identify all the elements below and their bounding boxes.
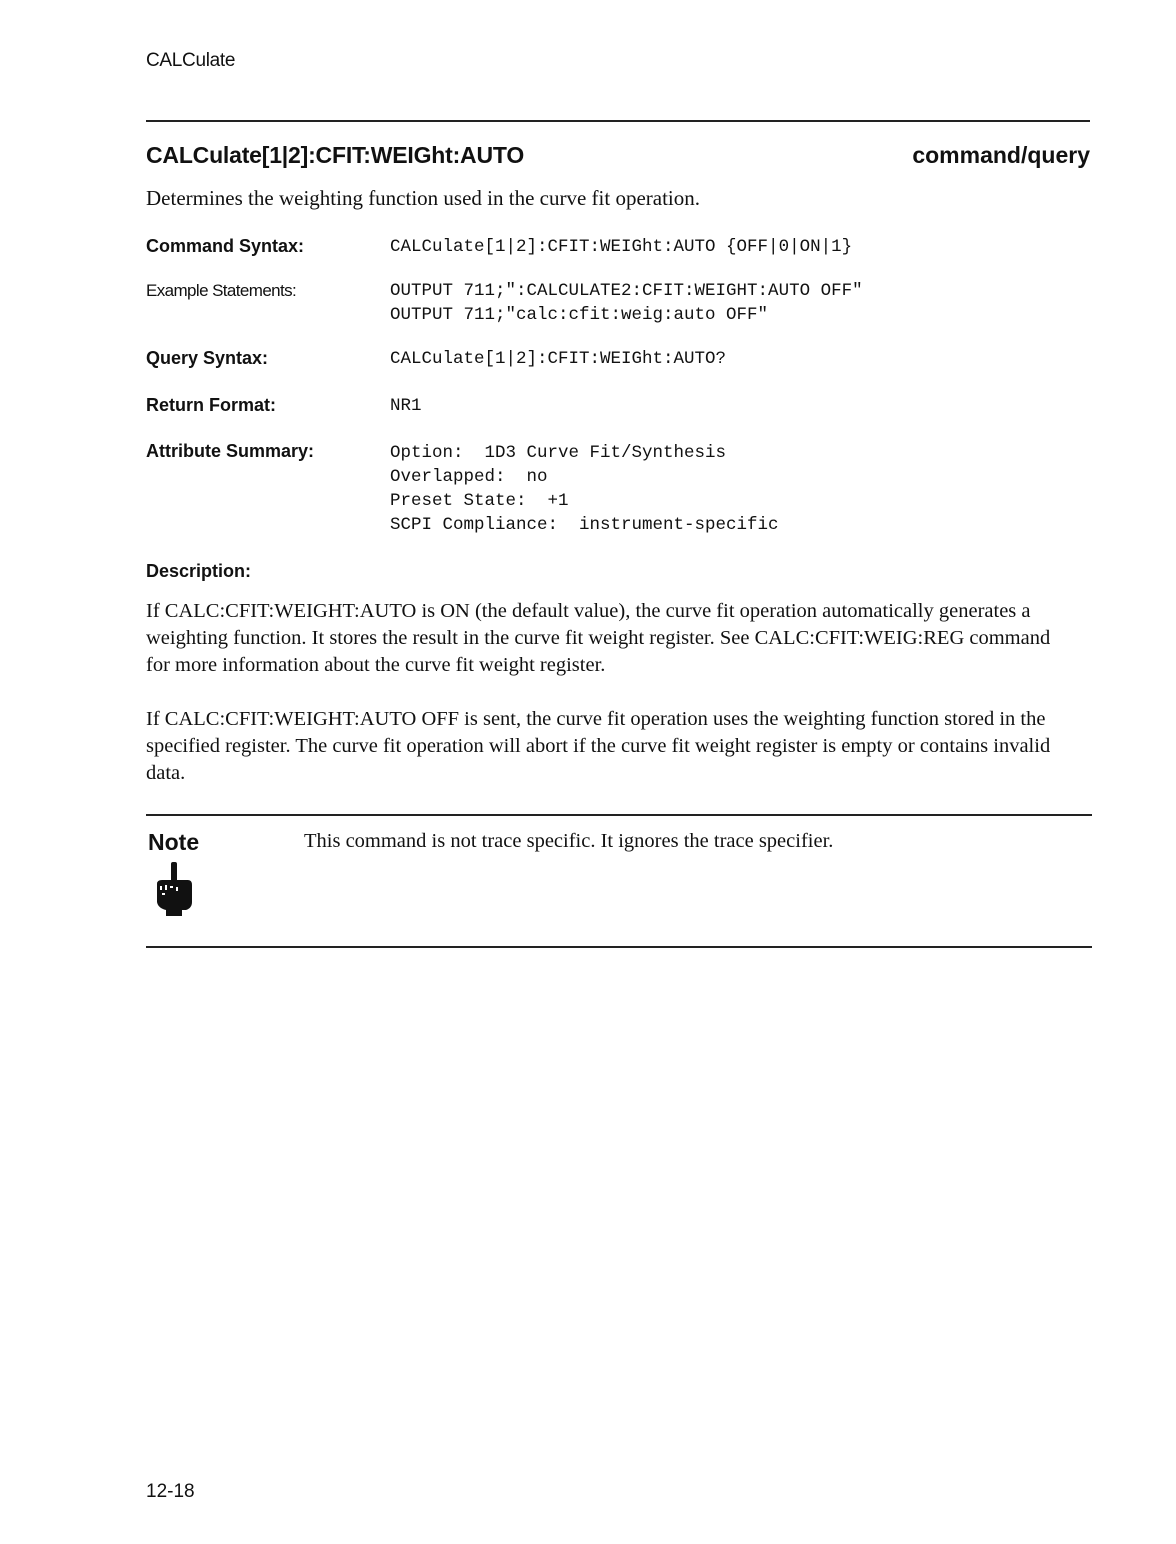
pointing-hand-icon <box>154 862 194 918</box>
query-syntax-value: CALCulate[1|2]:CFIT:WEIGht:AUTO? <box>390 347 726 371</box>
return-format-value: NR1 <box>390 394 422 418</box>
note-top-divider <box>146 814 1092 816</box>
description-paragraph-1: If CALC:CFIT:WEIGHT:AUTO is ON (the defa… <box>146 598 1076 679</box>
query-syntax-label: Query Syntax: <box>146 348 268 369</box>
command-syntax-label: Command Syntax: <box>146 236 304 257</box>
attribute-preset-state: Preset State: +1 <box>390 489 569 513</box>
command-title: CALCulate[1|2]:CFIT:WEIGht:AUTO <box>146 142 524 169</box>
attribute-summary-label: Attribute Summary: <box>146 441 314 462</box>
attribute-scpi-compliance: SCPI Compliance: instrument-specific <box>390 513 779 537</box>
example-statement-2: OUTPUT 711;"calc:cfit:weig:auto OFF" <box>390 303 768 327</box>
running-head: CALCulate <box>146 50 235 72</box>
example-statements-label: Example Statements: <box>146 281 296 301</box>
description-label: Description: <box>146 561 251 582</box>
page-number: 12-18 <box>146 1481 195 1503</box>
attribute-overlapped: Overlapped: no <box>390 465 548 489</box>
description-paragraph-2: If CALC:CFIT:WEIGHT:AUTO OFF is sent, th… <box>146 706 1076 787</box>
note-label: Note <box>148 829 199 856</box>
return-format-label: Return Format: <box>146 395 276 416</box>
attribute-option: Option: 1D3 Curve Fit/Synthesis <box>390 441 726 465</box>
note-bottom-divider <box>146 946 1092 948</box>
example-statement-1: OUTPUT 711;":CALCULATE2:CFIT:WEIGHT:AUTO… <box>390 279 863 303</box>
command-summary: Determines the weighting function used i… <box>146 186 700 211</box>
note-text: This command is not trace specific. It i… <box>304 830 833 853</box>
command-type: command/query <box>912 142 1090 169</box>
top-divider <box>146 120 1090 122</box>
command-syntax-value: CALCulate[1|2]:CFIT:WEIGht:AUTO {OFF|0|O… <box>390 235 852 259</box>
